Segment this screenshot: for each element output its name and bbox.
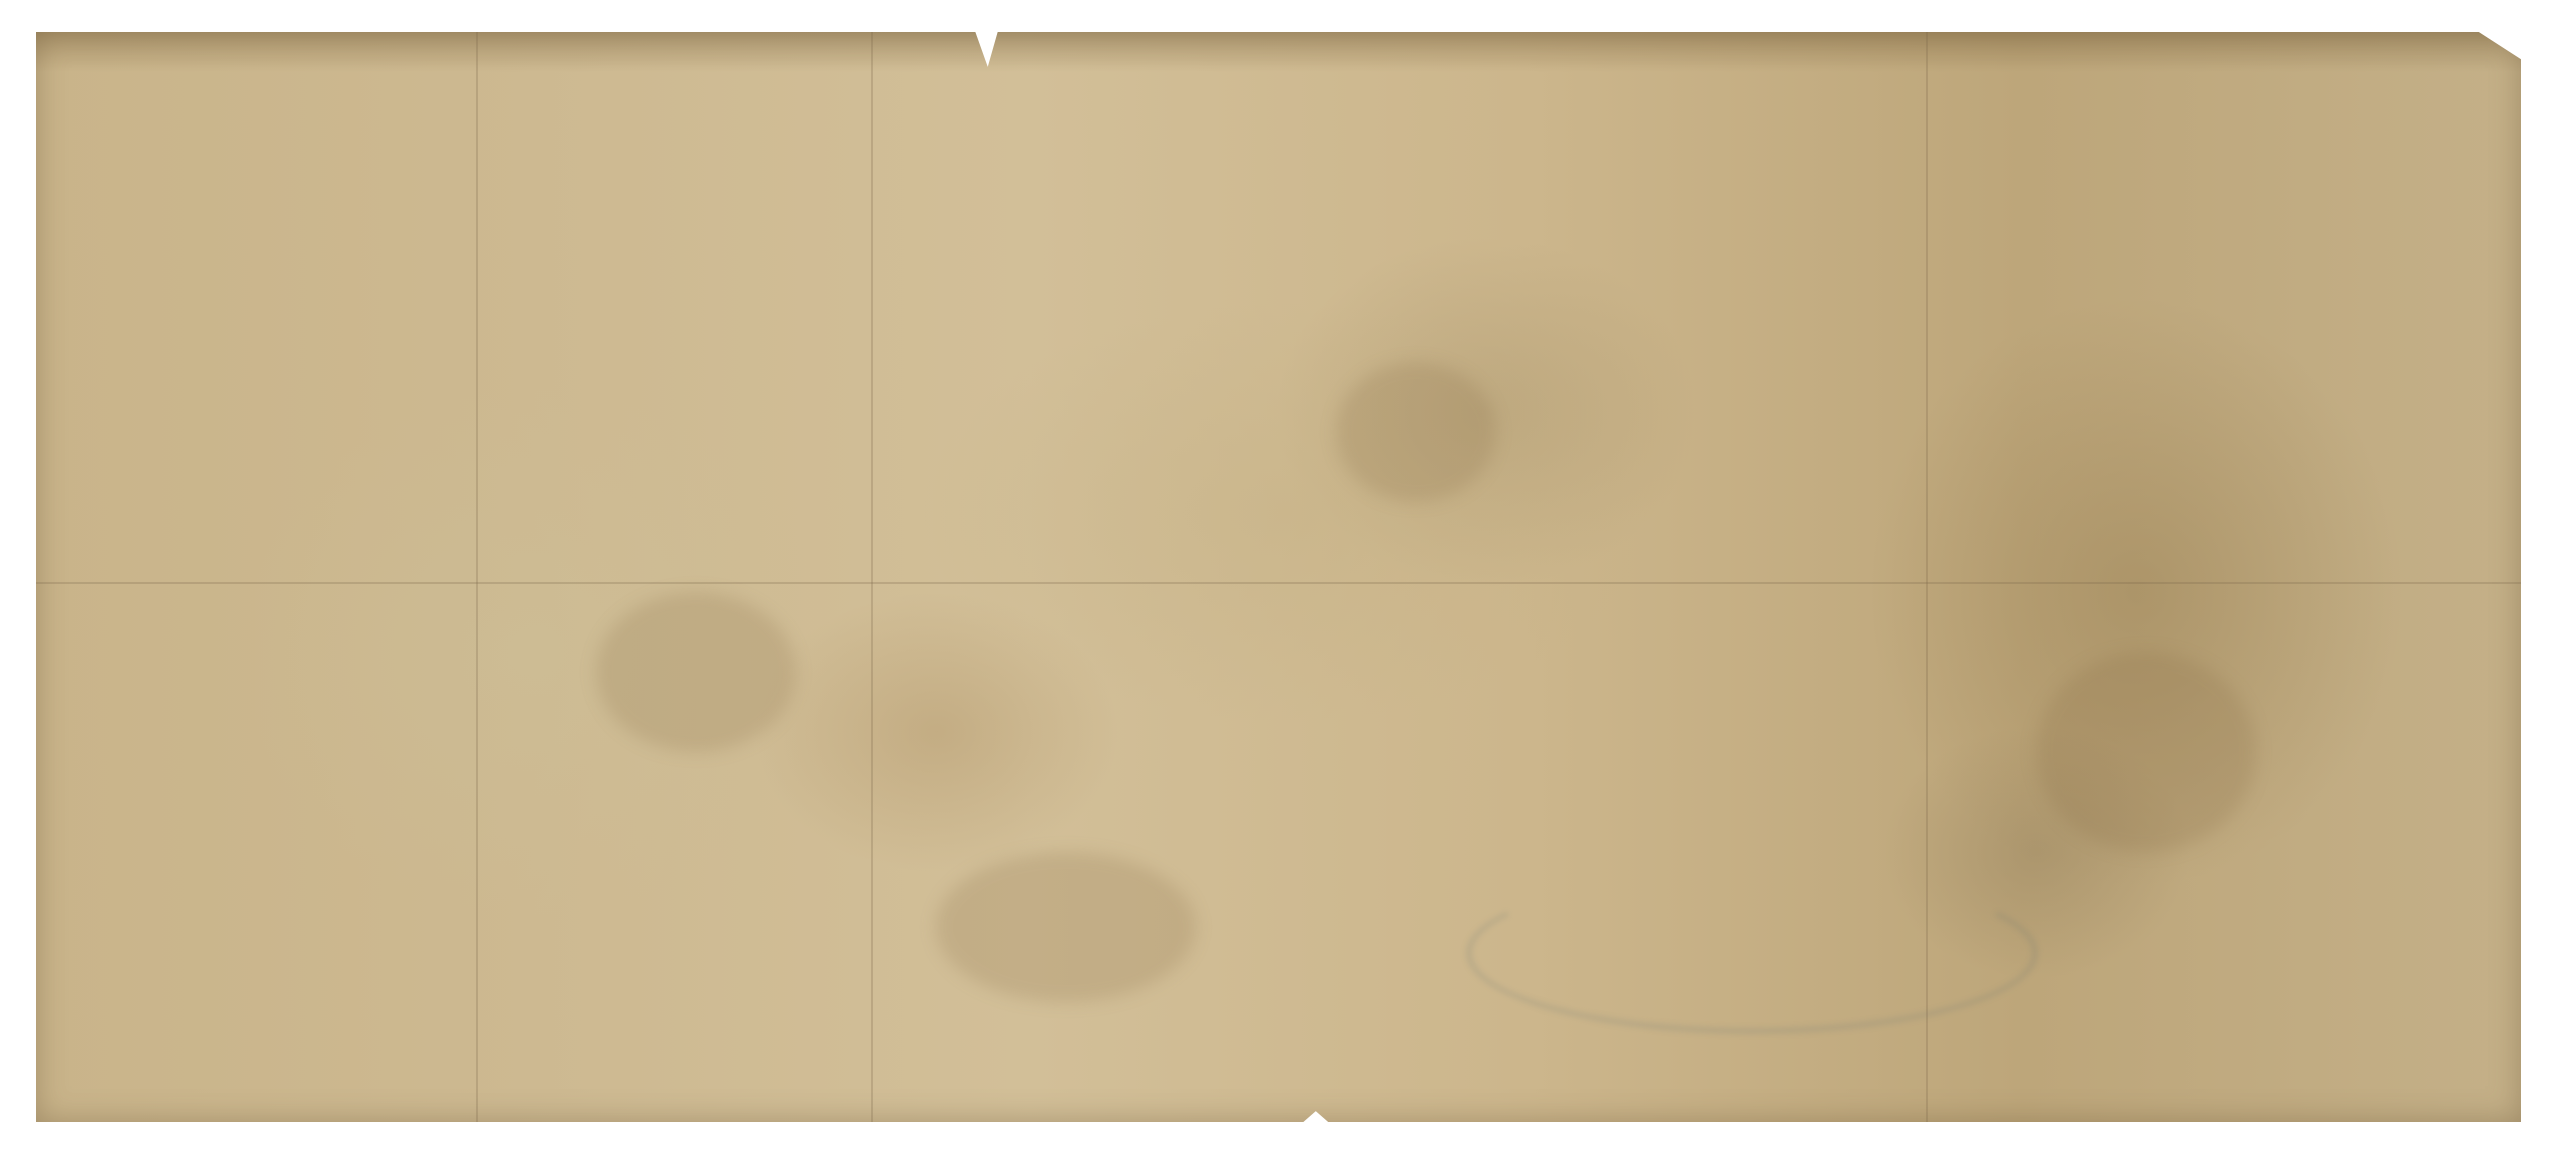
fold-crease bbox=[36, 582, 2521, 584]
banknote-reverse bbox=[36, 32, 2521, 1122]
bleed-through-text bbox=[1496, 912, 1976, 972]
foxing-stain bbox=[2036, 652, 2256, 852]
foxing-stain bbox=[596, 592, 796, 752]
fold-crease bbox=[476, 32, 478, 1122]
foxing-stain bbox=[936, 852, 1196, 1002]
foxing-stain bbox=[1336, 362, 1496, 502]
fold-crease bbox=[871, 32, 873, 1122]
